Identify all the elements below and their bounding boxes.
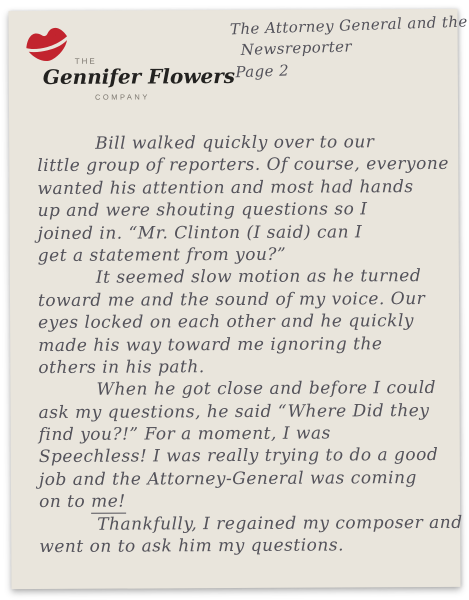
handwritten-line: When he got close and before I could bbox=[38, 377, 453, 402]
handwritten-line: toward me and the sound of my voice. Our bbox=[38, 288, 453, 313]
photo-background: THE Gennifer Flowers COMPANY The Attorne… bbox=[0, 0, 469, 600]
handwritten-title-block: The Attorney General and the Newsreporte… bbox=[230, 11, 469, 83]
handwritten-line: ask my questions, he said “Where Did the… bbox=[39, 400, 454, 425]
handwritten-line: eyes locked on each other and he quickly bbox=[38, 310, 453, 335]
underlined-word: me! bbox=[91, 492, 126, 514]
handwritten-line: others in his path. bbox=[38, 355, 453, 380]
handwritten-line: Speechless! I was really trying to do a … bbox=[39, 444, 454, 469]
letter-paper: THE Gennifer Flowers COMPANY The Attorne… bbox=[8, 9, 460, 589]
letterhead-company-label: COMPANY bbox=[95, 92, 150, 101]
handwritten-line: up and were shouting questions so I bbox=[37, 198, 452, 223]
handwritten-line: job and the Attorney-General was coming bbox=[39, 467, 454, 492]
handwritten-line: little group of reporters. Of course, ev… bbox=[37, 153, 452, 178]
handwritten-letter-body: Bill walked quickly over to ourlittle gr… bbox=[37, 131, 454, 559]
handwritten-line: made his way toward me ignoring the bbox=[38, 332, 453, 357]
handwritten-line: Thankfully, I regained my composer and bbox=[39, 511, 454, 536]
handwritten-line: It seemed slow motion as he turned bbox=[38, 265, 453, 290]
handwritten-line: Bill walked quickly over to our bbox=[37, 131, 452, 156]
handwritten-line: on to me! bbox=[39, 489, 454, 514]
handwritten-line: joined in. “Mr. Clinton (I said) can I bbox=[38, 220, 453, 245]
handwritten-line: find you?!” For a moment, I was bbox=[39, 422, 454, 447]
handwritten-line: went on to ask him my questions. bbox=[39, 534, 454, 559]
handwritten-line: wanted his attention and most had hands bbox=[37, 176, 452, 201]
handwritten-line: get a statement from you?” bbox=[38, 243, 453, 268]
letterhead-company-name: Gennifer Flowers bbox=[43, 64, 235, 89]
